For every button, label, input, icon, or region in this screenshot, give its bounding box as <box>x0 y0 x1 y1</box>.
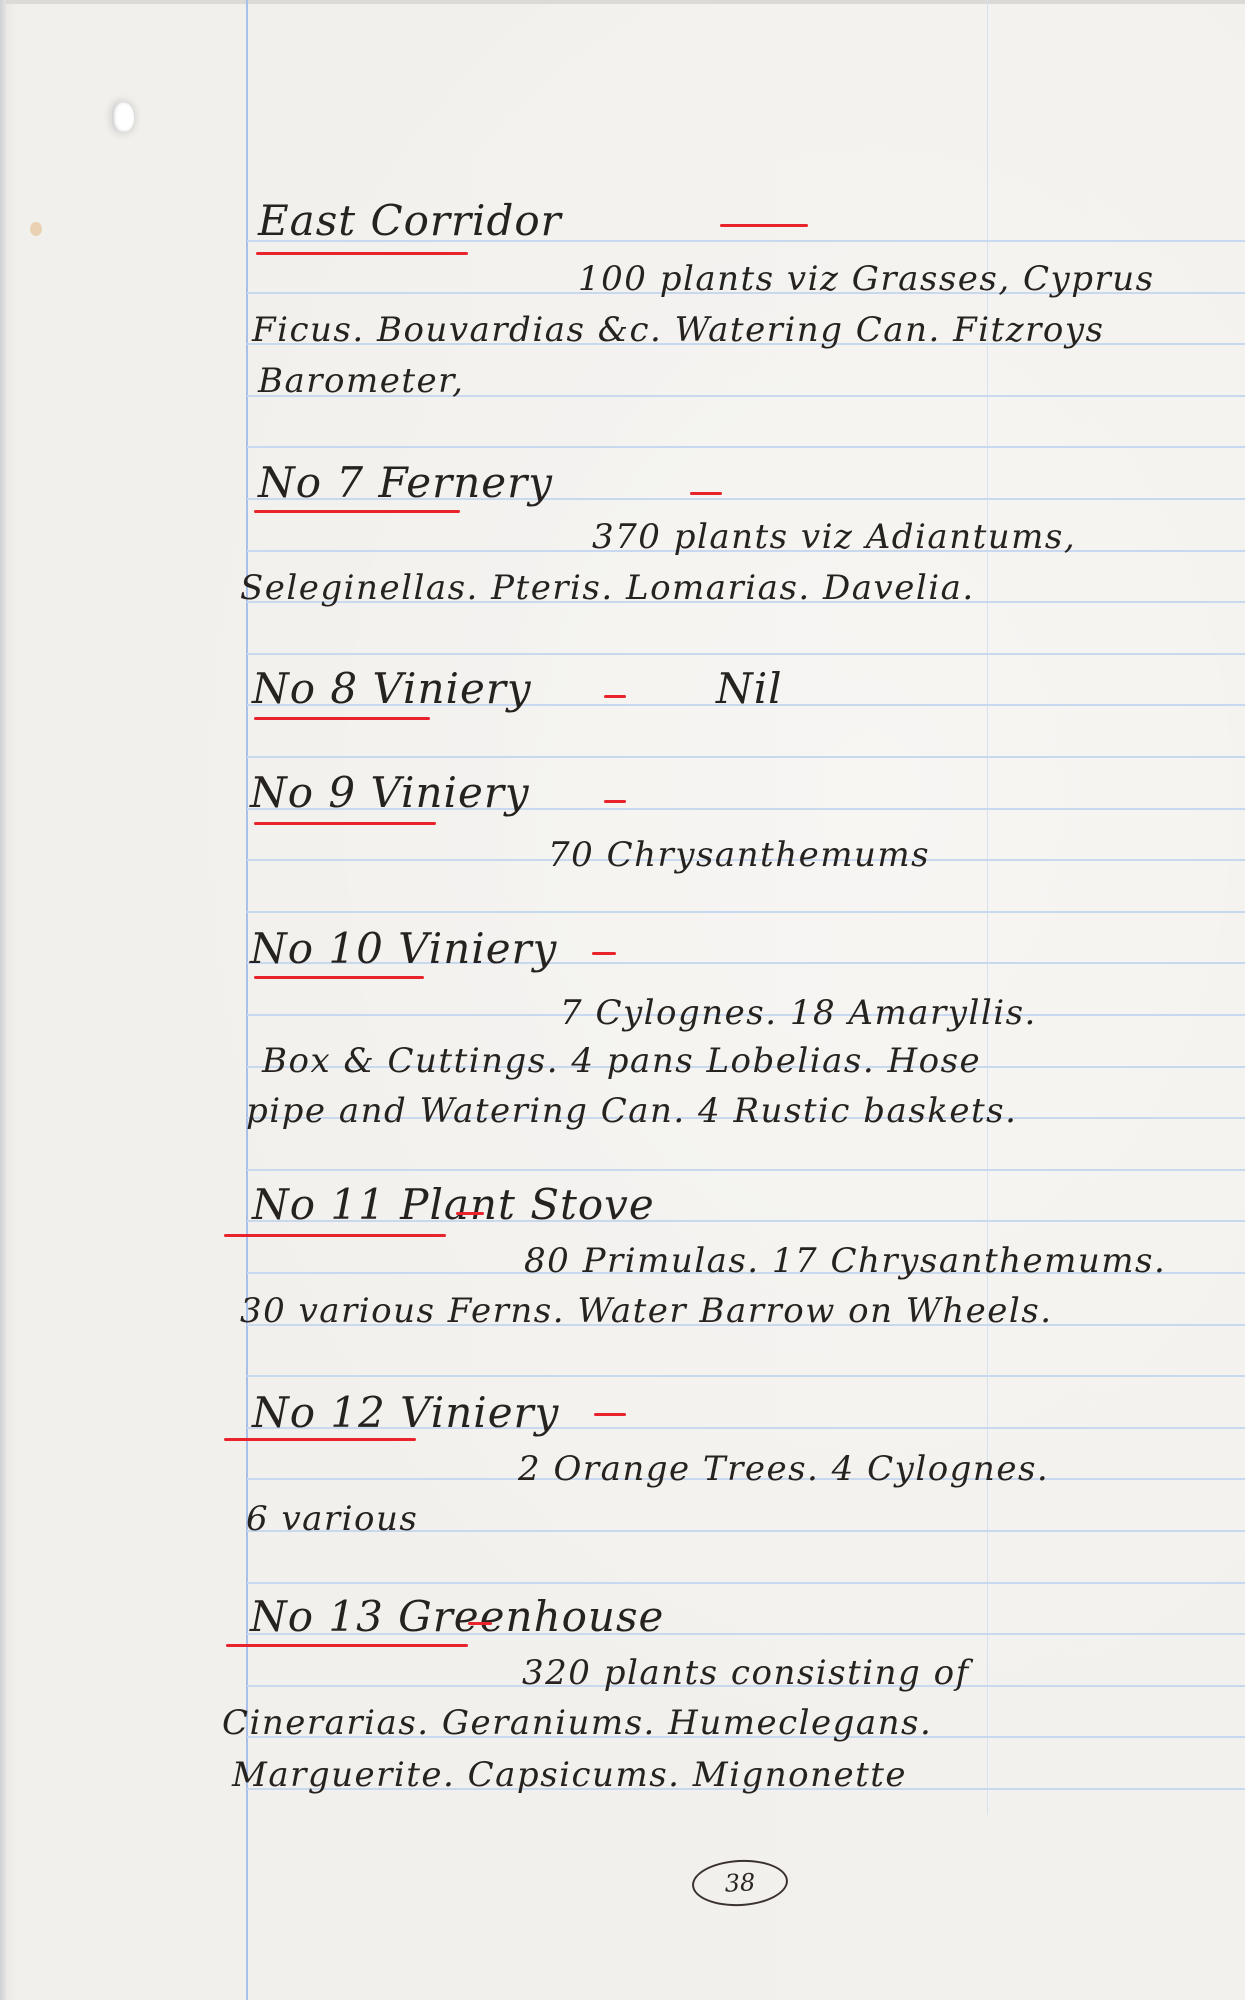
heading-dash <box>592 952 616 955</box>
ruled-line <box>247 911 1245 913</box>
section-heading-no9-viniery: No 9 Viniery <box>250 772 530 814</box>
section-heading-no13-greenhouse: No 13 Greenhouse <box>250 1596 664 1638</box>
page-number: 38 <box>691 1858 789 1909</box>
section-heading-no12-viniery: No 12 Viniery <box>252 1392 559 1434</box>
entry-line: Cinerarias. Geraniums. Humeclegans. <box>222 1706 932 1740</box>
heading-dash <box>456 1212 484 1215</box>
entry-line: 6 various <box>246 1502 418 1536</box>
entry-line: 30 various Ferns. Water Barrow on Wheels… <box>240 1294 1053 1328</box>
ledger-page: East Corridor 100 plants viz Grasses, Cy… <box>0 0 1245 2000</box>
entry-line: 80 Primulas. 17 Chrysanthemums. <box>524 1244 1166 1278</box>
entry-line: 70 Chrysanthemums <box>548 838 930 872</box>
heading-dash <box>690 492 722 495</box>
heading-underline <box>254 510 460 513</box>
heading-underline <box>254 822 436 825</box>
section-heading-no11-plant-stove: No 11 Plant Stove <box>252 1184 655 1226</box>
entry-line: Box & Cuttings. 4 pans Lobelias. Hose <box>262 1044 981 1078</box>
entry-line: pipe and Watering Can. 4 Rustic baskets. <box>246 1094 1017 1128</box>
margin-rule <box>246 0 248 2000</box>
ruled-line <box>247 1169 1245 1171</box>
heading-dash <box>604 800 626 803</box>
entry-line: Ficus. Bouvardias &c. Watering Can. Fitz… <box>252 313 1105 347</box>
entry-line: Marguerite. Capsicums. Mignonette <box>232 1758 907 1792</box>
section-heading-no7-fernery: No 7 Fernery <box>258 462 553 504</box>
section-heading-no8-viniery: No 8 Viniery <box>252 668 532 710</box>
page-top-edge <box>0 0 1245 4</box>
paper-stain <box>30 222 42 236</box>
page-left-edge <box>0 0 6 2000</box>
heading-dash <box>604 695 626 698</box>
ruled-line <box>247 1375 1245 1377</box>
ruled-line <box>247 653 1245 655</box>
heading-underline <box>226 1644 468 1647</box>
heading-underline <box>224 1234 446 1237</box>
entry-line: Barometer, <box>258 364 464 398</box>
ruled-line <box>247 756 1245 758</box>
heading-dash <box>468 1622 492 1625</box>
entry-line: 100 plants viz Grasses, Cyprus <box>578 262 1155 296</box>
entry-line: 7 Cylognes. 18 Amaryllis. <box>560 996 1037 1030</box>
punch-hole <box>112 102 134 132</box>
heading-dash <box>594 1413 626 1416</box>
entry-line: Seleginellas. Pteris. Lomarias. Davelia. <box>240 571 975 605</box>
entry-line: 370 plants viz Adiantums, <box>592 520 1076 554</box>
entry-line: 2 Orange Trees. 4 Cylognes. <box>518 1452 1049 1486</box>
heading-underline <box>256 252 468 255</box>
heading-underline <box>254 976 424 979</box>
inline-note: Nil <box>716 668 783 710</box>
ruled-line <box>247 446 1245 448</box>
heading-dash <box>720 224 808 227</box>
section-heading-east-corridor: East Corridor <box>258 200 562 242</box>
section-heading-no10-viniery: No 10 Viniery <box>250 928 557 970</box>
heading-underline <box>254 717 430 720</box>
ruled-line <box>247 1582 1245 1584</box>
heading-underline <box>224 1438 416 1441</box>
entry-line: 320 plants consisting of <box>522 1656 970 1690</box>
